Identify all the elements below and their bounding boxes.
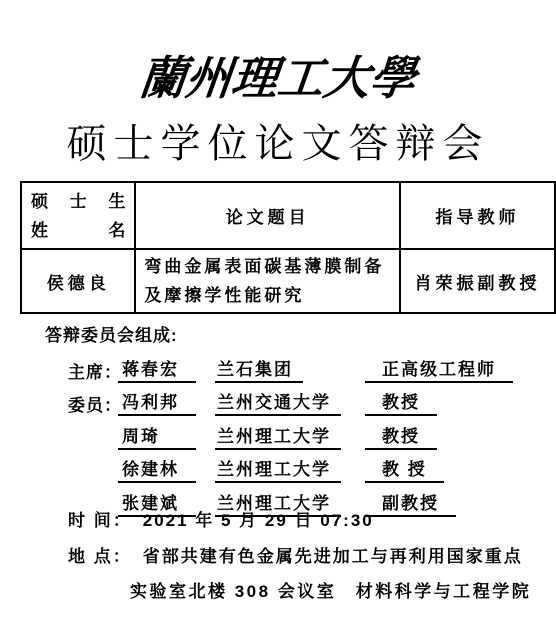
committee-list: 主席： 蒋春宏 兰石集团 正高级工程师 委员： 冯利邦 兰州交通大学 教授 周琦…: [68, 349, 538, 517]
place-label: 地 点：: [68, 542, 132, 567]
university-calligraphy-logo: 蘭州理工大學: [0, 42, 556, 108]
member-title: 教授: [365, 422, 437, 450]
member-title: 副教授: [365, 489, 456, 517]
member-org: 兰州理工大学: [215, 422, 341, 450]
header-cell-student-name: 硕 士 生 姓 名: [21, 182, 135, 249]
member-org-col: 兰州交通大学: [215, 388, 365, 416]
committee-row-member-2: 周琦 兰州理工大学 教授: [68, 416, 538, 450]
cell-advisor-name: 肖荣振副教授: [400, 249, 555, 313]
page-title: 硕士学位论文答辩会: [0, 112, 556, 169]
table-header-row: 硕 士 生 姓 名 论文题目 指导教师: [21, 182, 555, 249]
member-org-col: 兰州理工大学: [215, 422, 365, 450]
committee-row-member-1: 委员： 冯利邦 兰州交通大学 教授: [68, 383, 538, 417]
header-cell-advisor: 指导教师: [400, 182, 555, 249]
header-student-line2: 姓 名: [31, 216, 125, 245]
member-title-col: 教授: [365, 388, 533, 416]
place-line2: 实验室北楼 308 会议室 材料科学与工程学院: [130, 577, 531, 602]
role-label: 委员：: [68, 391, 118, 416]
member-org-col: 兰州理工大学: [215, 455, 365, 483]
cell-thesis-title: 弯曲金属表面碳基薄膜制备 及摩擦学性能研究: [135, 249, 400, 313]
schedule-time-row: 时 间： 2021 年 5 月 29 日 07:30: [68, 506, 374, 531]
header-student-line1: 硕 士 生: [31, 187, 125, 216]
member-title: 教授: [365, 388, 437, 416]
time-label: 时 间：: [68, 506, 132, 531]
defense-announcement-page: 蘭州理工大學 硕士学位论文答辩会 硕 士 生 姓 名 论文题目 指导教师 侯德良…: [0, 0, 556, 644]
thesis-title-line1: 弯曲金属表面碳基薄膜制备: [144, 252, 391, 281]
member-title: 教 授: [365, 455, 444, 483]
member-org: 兰州理工大学: [215, 455, 341, 483]
committee-row-member-3: 徐建林 兰州理工大学 教 授: [68, 450, 538, 484]
header-cell-thesis-title: 论文题目: [135, 182, 400, 249]
member-org: 兰石集团: [215, 355, 303, 383]
committee-heading: 答辩委员会组成:: [45, 321, 178, 346]
member-name: 周琦: [118, 422, 196, 450]
time-value: 2021 年 5 月 29 日 07:30: [143, 506, 374, 531]
cell-student-name: 侯德良: [21, 249, 135, 313]
schedule-place-row: 地 点： 省部共建有色金属先进加工与再利用国家重点: [68, 542, 523, 567]
member-title-col: 教授: [365, 422, 533, 450]
place-line1: 省部共建有色金属先进加工与再利用国家重点: [143, 542, 523, 567]
member-title-col: 副教授: [365, 489, 533, 517]
committee-row-chair: 主席： 蒋春宏 兰石集团 正高级工程师: [68, 349, 538, 383]
member-title: 正高级工程师: [365, 355, 513, 383]
member-name: 冯利邦: [118, 388, 196, 416]
role-label: 主席：: [68, 358, 118, 383]
member-name: 蒋春宏: [118, 355, 196, 383]
member-org: 兰州交通大学: [215, 388, 341, 416]
member-name: 徐建林: [118, 455, 196, 483]
thesis-title-line2: 及摩擦学性能研究: [144, 281, 391, 310]
member-title-col: 正高级工程师: [365, 355, 533, 383]
thesis-info-table: 硕 士 生 姓 名 论文题目 指导教师 侯德良 弯曲金属表面碳基薄膜制备 及摩擦…: [20, 181, 556, 314]
table-data-row: 侯德良 弯曲金属表面碳基薄膜制备 及摩擦学性能研究 肖荣振副教授: [21, 249, 555, 313]
member-org-col: 兰石集团: [215, 355, 365, 383]
member-title-col: 教 授: [365, 455, 533, 483]
